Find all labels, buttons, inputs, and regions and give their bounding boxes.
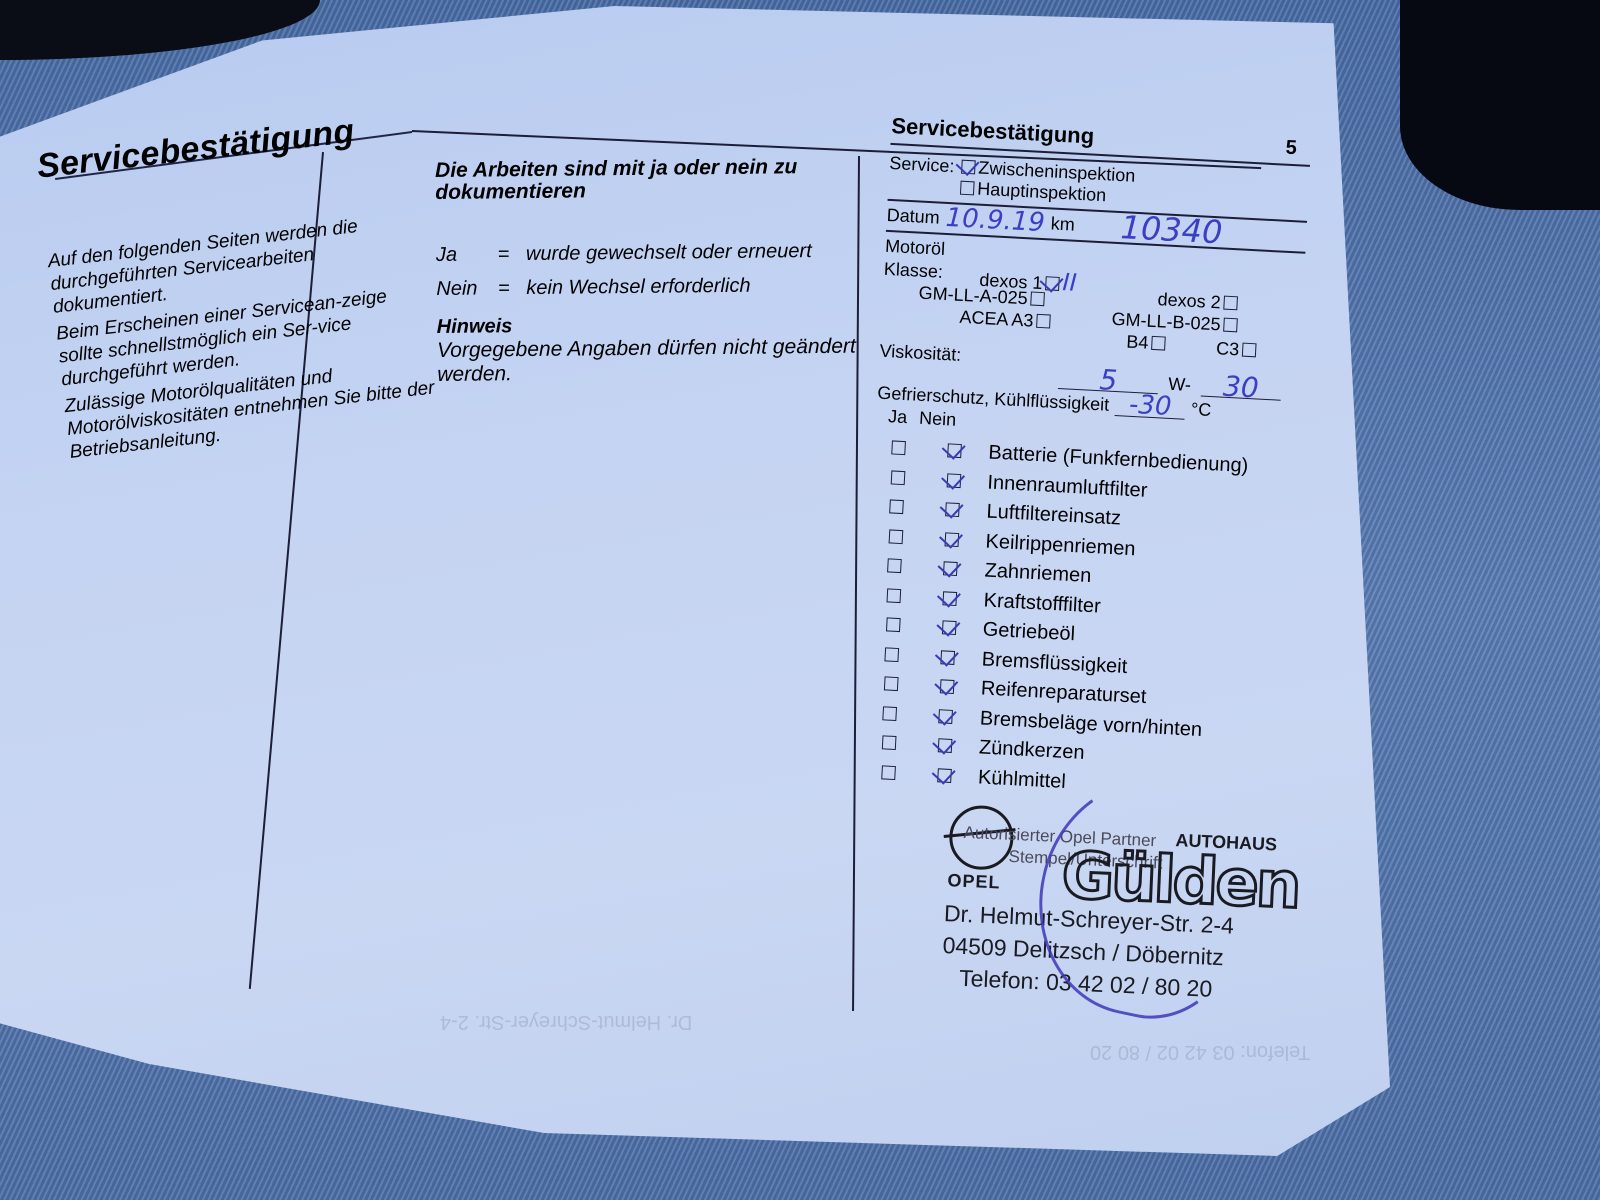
ja-checkbox[interactable] [887,559,902,574]
nein-checkbox[interactable] [937,768,952,783]
checklist-item-label: Luftfiltereinsatz [986,501,1122,531]
km-value[interactable]: 10340 [1120,217,1223,243]
antifreeze-unit: °C [1191,399,1212,421]
datum-label: Datum [886,205,940,229]
ja-checkbox[interactable] [891,441,906,456]
viscosity-label: Viskosität: [879,341,962,366]
oil-class-b4[interactable]: B4 [1126,332,1169,355]
km-label: km [1050,213,1075,235]
ja-checkbox[interactable] [887,588,902,603]
legend-key: Ja [436,243,498,266]
nein-checkbox[interactable] [942,591,957,606]
option-label: B4 [1126,332,1149,353]
legend-key: Nein [436,277,498,300]
nein-checkbox[interactable] [941,621,956,636]
checklist-item-label: Keilrippenriemen [985,530,1136,561]
nein-checkbox[interactable] [947,444,962,459]
option-label: ACEA A3 [959,307,1034,331]
checkbox[interactable] [1223,318,1238,333]
nein-checkbox[interactable] [939,709,954,724]
legend-value: wurde gewechselt oder erneuert [526,240,856,265]
checkbox[interactable] [1223,296,1238,311]
bleed-through-text: Telefon: 03 42 02 / 80 20 [1090,1040,1310,1063]
ja-checkbox[interactable] [882,736,897,751]
service-checklist: Batterie (Funkfernbedienung)Innenraumluf… [857,433,1295,808]
checklist-item-label: Zündkerzen [978,737,1085,765]
checkbox[interactable] [1151,336,1166,351]
option-label: GM-LL-B-025 [1111,309,1221,335]
intro-column: Servicebestätigung Auf den folgenden Sei… [35,106,439,468]
nein-checkbox[interactable] [946,473,961,488]
klasse-label: Klasse: [883,259,943,283]
opel-logo-text: OPEL [947,870,1001,893]
legend-nein: Nein = kein Wechsel erforderlich [436,274,856,300]
bleed-through-text: Dr. Helmut-Schreyer-Str. 2-4 [440,1010,692,1033]
option-label: C3 [1216,338,1240,359]
hint-text: Vorgegebene Angaben dürfen nicht geänder… [437,335,857,387]
nein-checkbox[interactable] [944,532,959,547]
instructions-column: Die Arbeiten sind mit ja oder nein zu do… [435,156,857,387]
page-number: 5 [1285,137,1297,161]
oil-class-dexos2[interactable]: dexos 2 [1157,289,1241,314]
nein-checkbox[interactable] [943,562,958,577]
checkbox[interactable] [1030,291,1045,306]
instructions-title: Die Arbeiten sind mit ja oder nein zu do… [435,156,855,204]
oil-class-acea-a3[interactable]: ACEA A3 [959,307,1054,333]
checkbox[interactable] [1036,314,1051,329]
ja-checkbox[interactable] [889,500,904,515]
nein-checkbox[interactable] [938,739,953,754]
checkbox[interactable] [960,181,975,196]
datum-value[interactable]: 10.9.19 [945,208,1045,234]
legend-ja: Ja = wurde gewechselt oder erneuert [436,240,856,266]
legend-equals: = [498,243,526,265]
viscosity-high-value[interactable]: 30 [1200,375,1281,401]
option-label: dexos 2 [1157,289,1221,312]
checklist-item-label: Bremsflüssigkeit [981,648,1128,679]
checkbox[interactable] [1242,343,1257,358]
ja-checkbox[interactable] [885,647,900,662]
ja-checkbox[interactable] [884,677,899,692]
checklist-item-label: Getriebeöl [982,619,1075,647]
service-label: Service: [888,153,955,198]
checkbox[interactable] [961,160,976,175]
checklist-item-label: Kraftstofffilter [983,589,1101,618]
nein-column-header: Nein [919,408,957,431]
service-form: Servicebestätigung 5 Service: Zwischenin… [857,96,1313,808]
ja-checkbox[interactable] [883,706,898,721]
ja-checkbox[interactable] [886,618,901,633]
oil-class-c3[interactable]: C3 [1216,338,1260,361]
checklist-item-label: Kühlmittel [977,766,1066,794]
dark-background-corner [1400,0,1600,210]
nein-checkbox[interactable] [945,503,960,518]
legend-equals: = [498,277,526,299]
antifreeze-value[interactable]: -30 [1115,394,1186,420]
checklist-item-label: Zahnriemen [984,560,1092,589]
ja-checkbox[interactable] [888,529,903,544]
handwritten-annotation: II [1062,268,1078,297]
ja-checkbox[interactable] [890,470,905,485]
ja-column-header: Ja [888,406,908,428]
legend-value: kein Wechsel erforderlich [526,274,856,299]
nein-checkbox[interactable] [941,650,956,665]
nein-checkbox[interactable] [940,680,955,695]
ja-checkbox[interactable] [881,765,896,780]
